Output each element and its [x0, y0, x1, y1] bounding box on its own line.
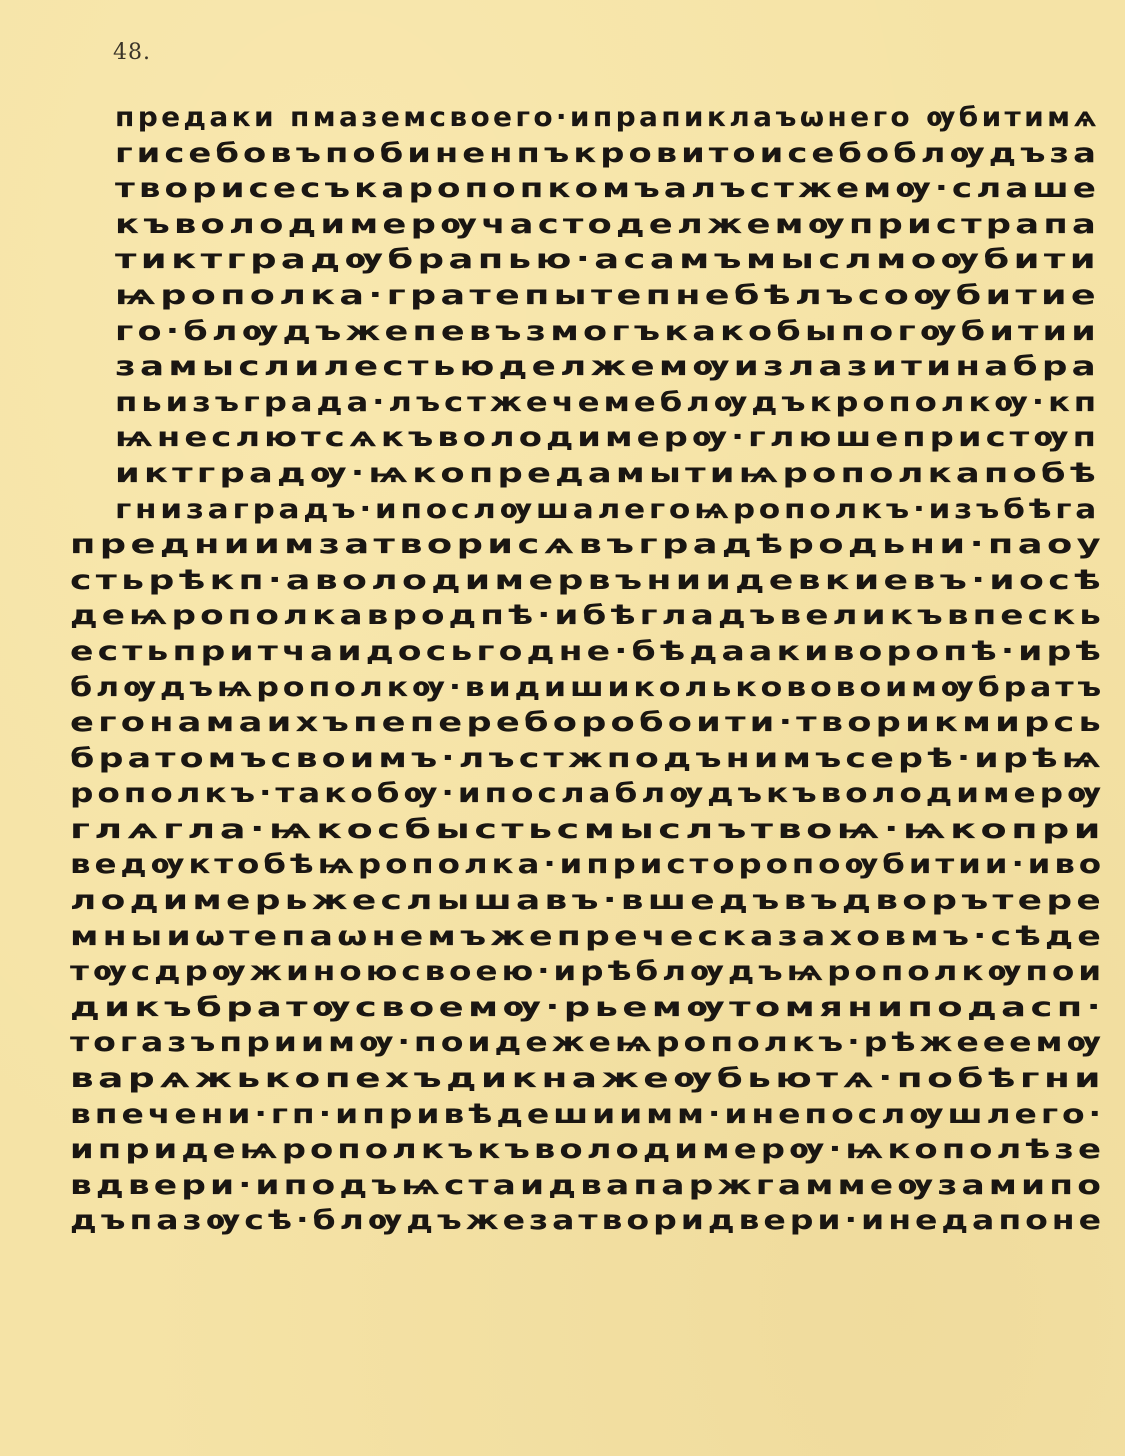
manuscript-line: лодимерьжеслышавъ·вшедъвъдворътере [70, 883, 1110, 919]
manuscript-line: го·блѹдъжепевъзмогъкакобыпогѹбитии [70, 314, 1110, 350]
manuscript-line: дикъбратѹсвоемѹ·рьемѹтомяниподасп· [70, 990, 1110, 1026]
manuscript-line: гиcебовъпобиненпъкровитоисебоблѹдъза [70, 136, 1110, 172]
manuscript-line: ипридеѩрополкъкъволодимерѹ·ѩкополѣзе [70, 1132, 1110, 1168]
manuscript-line: братомъсвоимъ·лъстжподънимъсерѣ·ирѣѩ [70, 741, 1110, 777]
manuscript-line: тогазъприимѹ·поидежеѩрополкъ·рѣжееемѹ [70, 1025, 1110, 1061]
manuscript-line: иктградѹ·ѩкопредамытиѩрополкапобѣ [70, 456, 1110, 492]
manuscript-line: рополкъ·такобѹ·ипослаблѹдъкъволодимерѹ [70, 776, 1110, 812]
manuscript-line: глѧгла·ѩкосбыстьсмыслътвоѩ·ѩкопри [70, 812, 1110, 848]
manuscript-line: тѹсдрѹжиноюсвоею·ирѣблѹдъѩрополкѹпои [70, 954, 1110, 990]
manuscript-line: варѧжькопехъдикнажеѹбьютѧ·побѣгни [70, 1061, 1110, 1097]
manuscript-line: впечени·гп·ипривѣдешиимм·инепослѹшлего· [70, 1097, 1110, 1133]
manuscript-line: тиктградѹбрапью·асамъмыслмоѹбити [70, 242, 1110, 278]
manuscript-line: мныиѡтепаѡнемъжепреческазаховмъ·сѣде [70, 919, 1110, 955]
manuscript-line: блѹдъѩрополкѹ·видишиколькововоимѹбратъ [70, 670, 1110, 706]
manuscript-page: 48. предаки пмаземсвоего·ипрапиклаъѡнего… [0, 0, 1125, 1456]
manuscript-line: предниимзатворисѧвъградѣродьни·паоу [70, 527, 1110, 563]
manuscript-line: пьизъграда·лъстжечемеблѹдъкрополкѹ·кп [70, 385, 1110, 421]
manuscript-text-block: предаки пмаземсвоего·ипрапиклаъѡнего ѹби… [70, 100, 1110, 1239]
manuscript-line: замыслилестьюделжемѹизлазитинабра [70, 349, 1110, 385]
manuscript-line: къволодимерѹчастоделжемѹпристрапа [70, 207, 1110, 243]
manuscript-line: творисесъкаропопкомъалъстжемѹ·слаше [70, 171, 1110, 207]
manuscript-line: ведѹктобѣѩрополка·ипристоропоѹбитии·иво [70, 847, 1110, 883]
manuscript-line: деѩрополкавродпѣ·ибѣгладъвеликъвпескь [70, 598, 1110, 634]
manuscript-line: стьрѣкп·аволодимервъниидевкиевъ·иосѣ [70, 563, 1110, 599]
manuscript-line: ѩрополка·гратепытепнебѣлъсоѹбитие [70, 278, 1110, 314]
manuscript-line: дъпазѹсѣ·блѹдъжезатворидвери·инедапоне [70, 1203, 1110, 1239]
manuscript-line: вдвери·иподъѩстаидвапаржгаммеѹзамипо [70, 1168, 1110, 1204]
manuscript-line: егонамаихъпепереборобоити·творикмирсь [70, 705, 1110, 741]
manuscript-line: естьпритчаидосьгодне·бѣдаакиворопѣ·ирѣ [70, 634, 1110, 670]
manuscript-line: ѩнеслютсѧкъволодимерѹ·глюшепристѹп [70, 420, 1110, 456]
manuscript-line: гнизаградъ·ипослѹшалегоѩрополкъ·изъбѣга [70, 492, 1110, 528]
page-number: 48. [113, 40, 151, 65]
manuscript-line: предаки пмаземсвоего·ипрапиклаъѡнего ѹби… [70, 100, 1110, 136]
